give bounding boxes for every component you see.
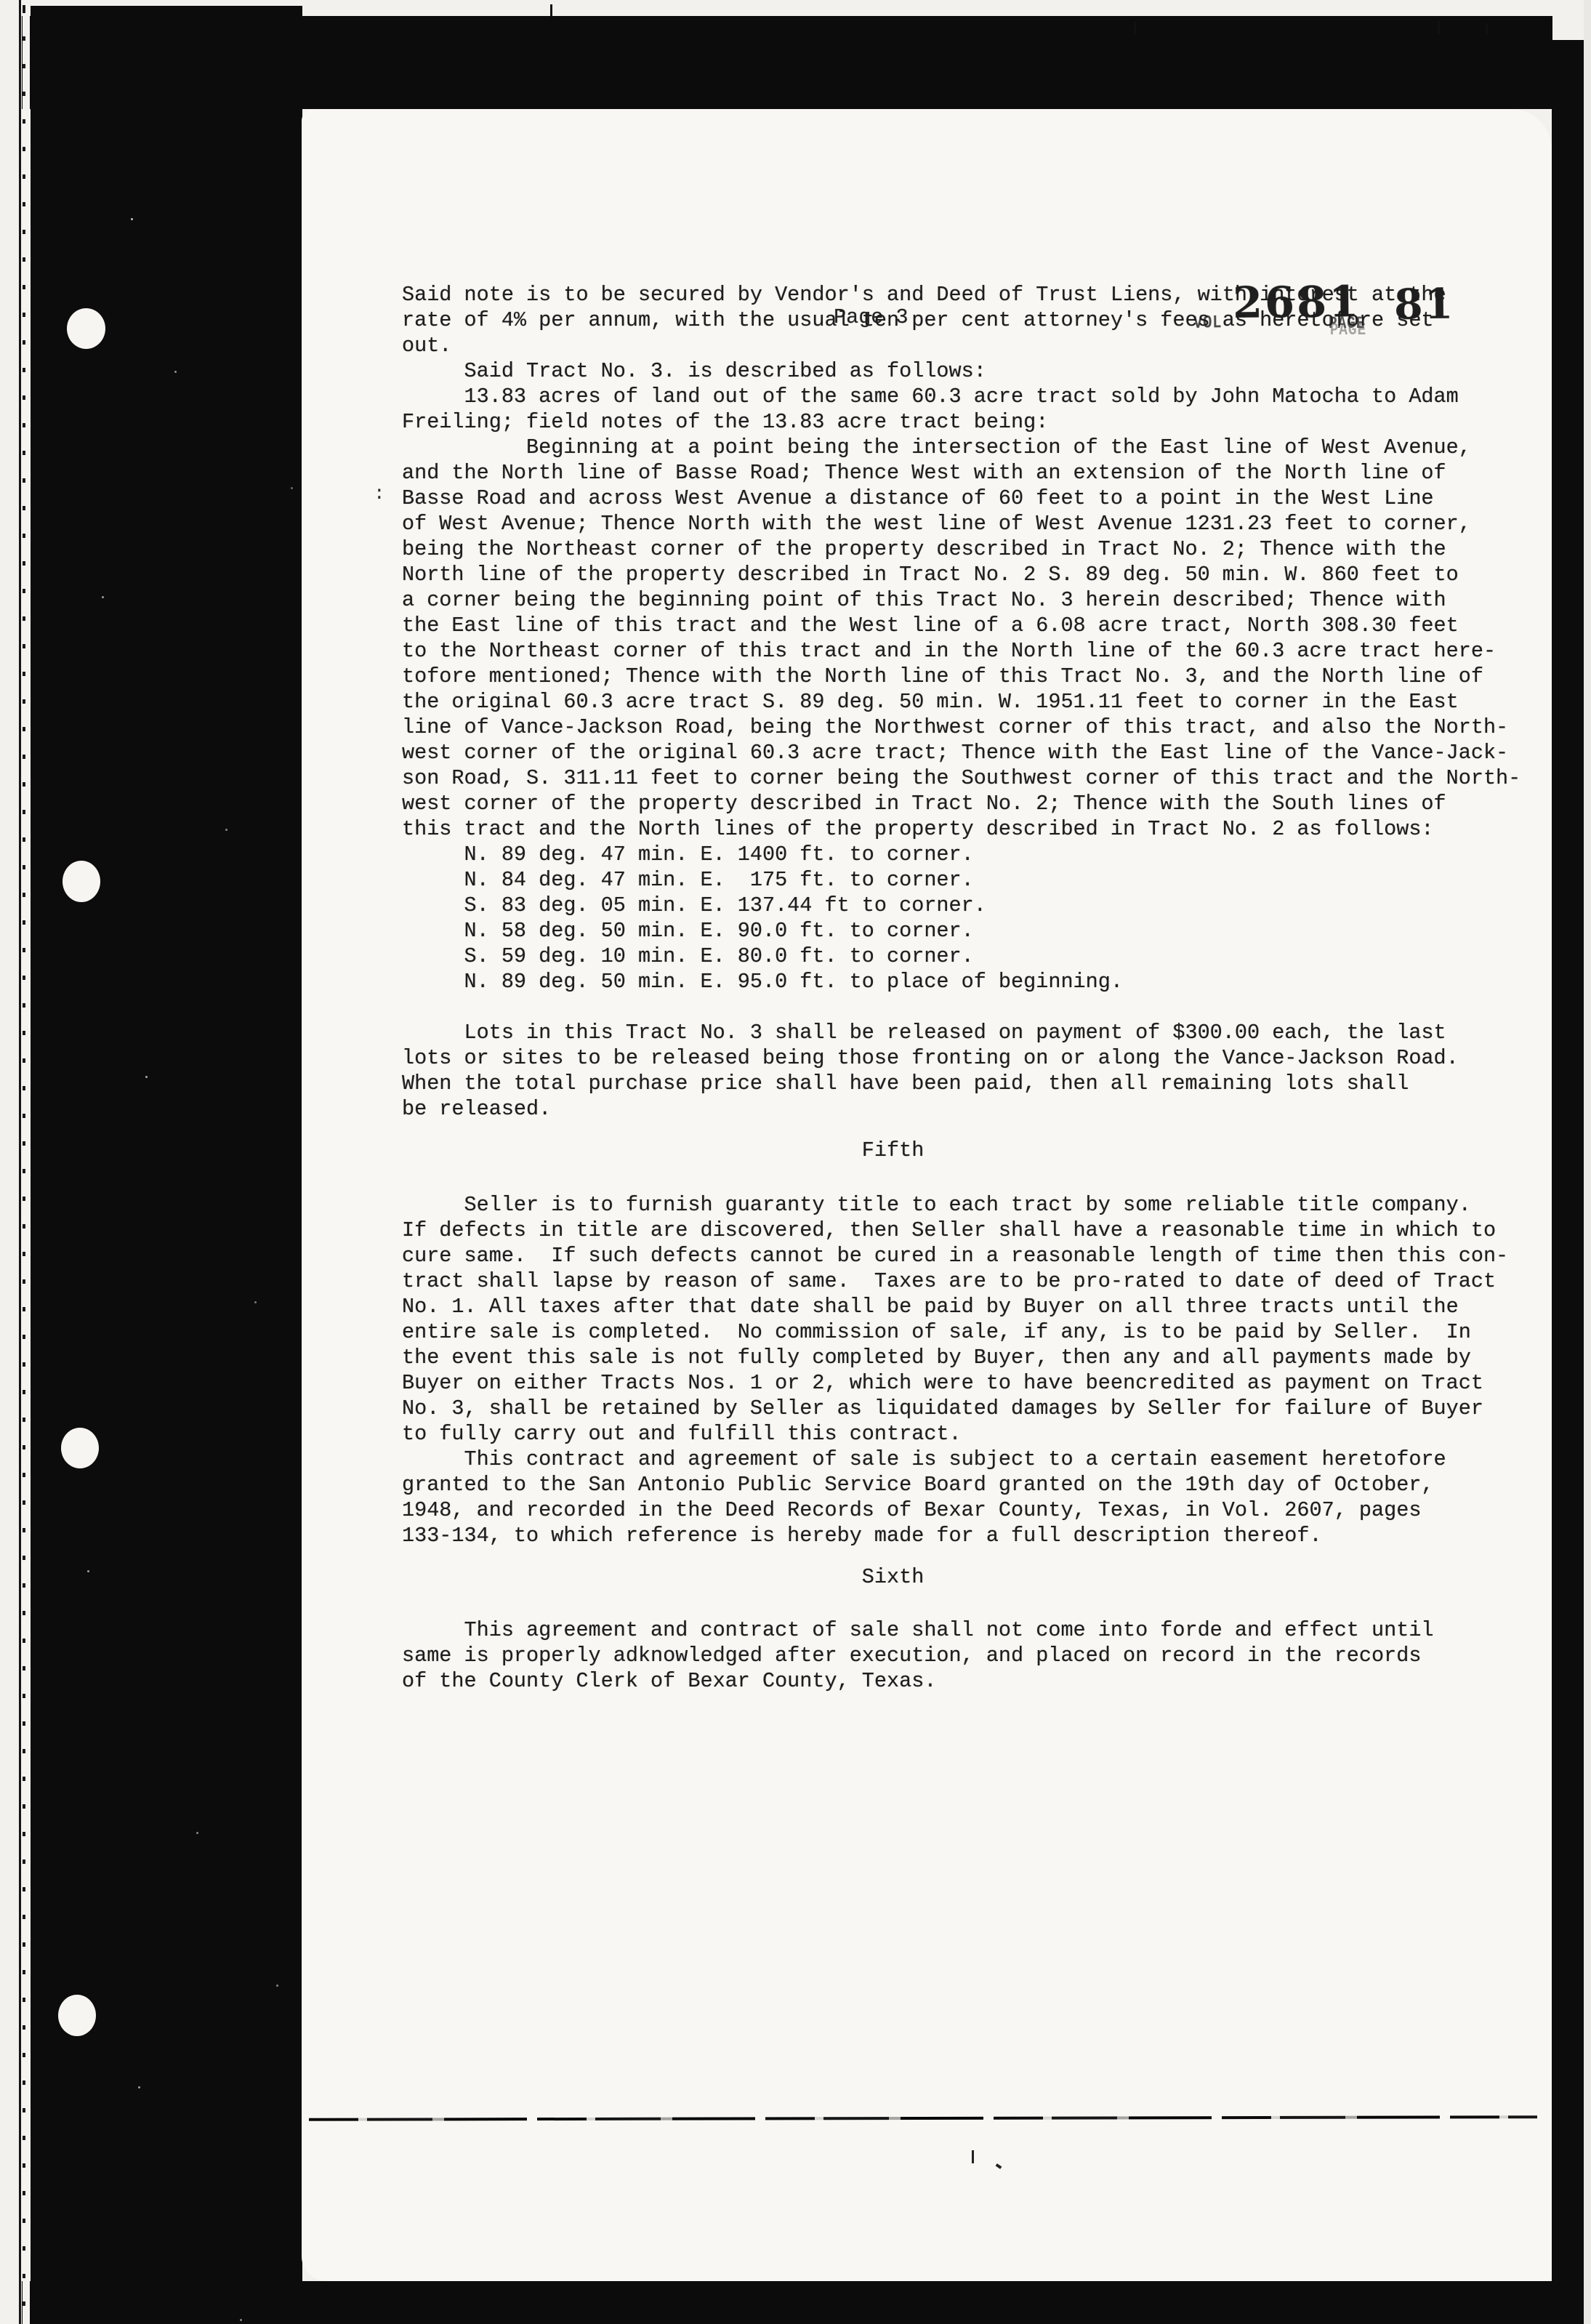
document-line: the original 60.3 acre tract S. 89 deg. …: [402, 689, 1550, 715]
document-line: Fifth: [402, 1138, 1550, 1163]
film-border-top: [22, 16, 1552, 109]
document-line: This agreement and contract of sale shal…: [402, 1617, 1550, 1643]
document-line: Lots in this Tract No. 3 shall be releas…: [402, 1020, 1550, 1045]
document-line: N. 84 deg. 47 min. E. 175 ft. to corner.: [402, 867, 1550, 893]
document-line: being the Northeast corner of the proper…: [402, 536, 1550, 562]
document-line: to the Northeast corner of this tract an…: [402, 638, 1550, 664]
punch-hole: [67, 308, 105, 349]
document-line: a corner being the beginning point of th…: [402, 587, 1550, 613]
document-line: rate of 4% per annum, with the usual ten…: [402, 307, 1550, 333]
document-line: this tract and the North lines of the pr…: [402, 816, 1550, 842]
stray-ink-mark: :: [374, 483, 385, 504]
document-line: 13.83 acres of land out of the same 60.3…: [402, 384, 1550, 409]
document-line: [402, 1590, 1550, 1615]
document-line: same is properly adknowledged after exec…: [402, 1643, 1550, 1668]
film-edge-sliver: [1584, 0, 1591, 2324]
document-line: of the County Clerk of Bexar County, Tex…: [402, 1668, 1550, 1694]
document-line: [402, 994, 1550, 1020]
film-mark: [550, 4, 552, 16]
document-line: out.: [402, 333, 1550, 358]
document-line: Freiling; field notes of the 13.83 acre …: [402, 409, 1550, 435]
document-line: [402, 1163, 1550, 1189]
film-border-bottom: [22, 2281, 1591, 2324]
document-line: No. 1. All taxes after that date shall b…: [402, 1294, 1550, 1319]
document-line: west corner of the property described in…: [402, 791, 1550, 816]
document-line: S. 59 deg. 10 min. E. 80.0 ft. to corner…: [402, 944, 1550, 969]
ink-speck: [972, 2150, 974, 2163]
punch-hole: [58, 1995, 96, 2036]
film-border-left: [31, 6, 302, 2324]
film-border-right: [1552, 40, 1584, 2324]
document-line: son Road, S. 311.11 feet to corner being…: [402, 765, 1550, 791]
document-line: of West Avenue; Thence North with the we…: [402, 511, 1550, 536]
document-line: Sixth: [402, 1564, 1550, 1590]
document-line: tofore mentioned; Thence with the North …: [402, 664, 1550, 689]
film-specks: [131, 218, 133, 220]
document-line: N. 58 deg. 50 min. E. 90.0 ft. to corner…: [402, 918, 1550, 944]
punch-hole: [61, 1428, 99, 1468]
document-line: granted to the San Antonio Public Servic…: [402, 1472, 1550, 1497]
document-line: Buyer on either Tracts Nos. 1 or 2, whic…: [402, 1370, 1550, 1396]
document-line: be released.: [402, 1096, 1550, 1122]
film-mark: [1134, 22, 1136, 35]
document-line: This contract and agreement of sale is s…: [402, 1447, 1550, 1472]
document-line: If defects in title are discovered, then…: [402, 1218, 1550, 1243]
document-line: N. 89 deg. 47 min. E. 1400 ft. to corner…: [402, 842, 1550, 867]
document-line: entire sale is completed. No commission …: [402, 1319, 1550, 1345]
film-mark: [1438, 20, 1440, 35]
film-sprocket-strip: [23, 0, 30, 2324]
document-line: Said Tract No. 3. is described as follow…: [402, 358, 1550, 384]
document-line: Seller is to furnish guaranty title to e…: [402, 1192, 1550, 1218]
document-line: 1948, and recorded in the Deed Records o…: [402, 1497, 1550, 1523]
document-line: 133-134, to which reference is hereby ma…: [402, 1523, 1550, 1548]
document-body: Said note is to be secured by Vendor's a…: [402, 282, 1550, 1694]
document-line: the East line of this tract and the West…: [402, 613, 1550, 638]
film-edge-line: [19, 0, 21, 2324]
document-line: When the total purchase price shall have…: [402, 1071, 1550, 1096]
document-line: tract shall lapse by reason of same. Tax…: [402, 1268, 1550, 1294]
document-line: cure same. If such defects cannot be cur…: [402, 1243, 1550, 1268]
document-line: Basse Road and across West Avenue a dist…: [402, 486, 1550, 511]
document-line: west corner of the original 60.3 acre tr…: [402, 740, 1550, 765]
document-line: North line of the property described in …: [402, 562, 1550, 587]
punch-hole: [63, 861, 100, 902]
document-line: lots or sites to be released being those…: [402, 1045, 1550, 1071]
document-line: to fully carry out and fulfill this cont…: [402, 1421, 1550, 1447]
document-line: Beginning at a point being the intersect…: [402, 435, 1550, 460]
document-line: No. 3, shall be retained by Seller as li…: [402, 1396, 1550, 1421]
film-mark: [1486, 23, 1488, 35]
document-line: the event this sale is not fully complet…: [402, 1345, 1550, 1370]
document-line: and the North line of Basse Road; Thence…: [402, 460, 1550, 486]
document-line: S. 83 deg. 05 min. E. 137.44 ft to corne…: [402, 893, 1550, 918]
document-line: N. 89 deg. 50 min. E. 95.0 ft. to place …: [402, 969, 1550, 994]
document-line: line of Vance-Jackson Road, being the No…: [402, 715, 1550, 740]
document-line: Said note is to be secured by Vendor's a…: [402, 282, 1550, 307]
